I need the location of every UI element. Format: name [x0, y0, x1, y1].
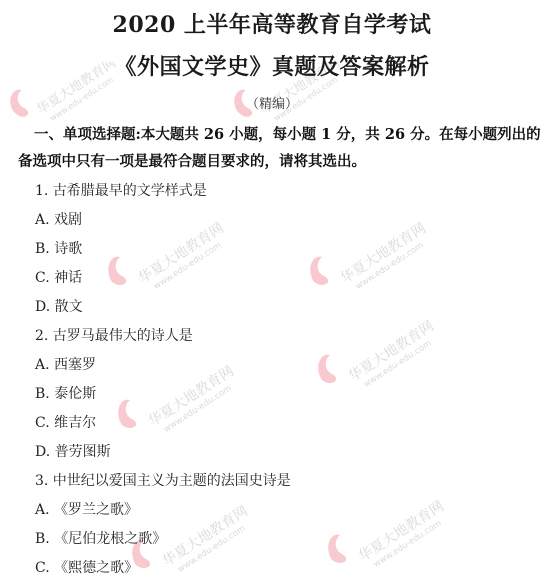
question-3-stem: 3. 中世纪以爱国主义为主题的法国史诗是: [35, 471, 291, 491]
question-3-option-b: B. 《尼伯龙根之歌》: [35, 529, 166, 549]
svg-text:华夏大地教育网: 华夏大地教育网: [337, 222, 428, 287]
section-heading-line-1: 一、单项选择题:本大题共 26 小题，每小题 1 分，共 26 分。在每小题列出…: [34, 121, 544, 149]
question-2-option-b: B. 泰伦斯: [35, 384, 96, 404]
watermark: 华夏大地教育网 www.edu-edu.com: [102, 222, 232, 292]
svg-text:www.edu-edu.com: www.edu-edu.com: [372, 519, 443, 570]
svg-text:www.edu-edu.com: www.edu-edu.com: [362, 339, 433, 390]
svg-text:华夏大地教育网: 华夏大地教育网: [159, 505, 250, 570]
svg-text:华夏大地教育网: 华夏大地教育网: [145, 365, 236, 430]
document-title-line-1: 2020 上半年高等教育自学考试: [0, 10, 544, 40]
watermark: 华夏大地教育网 www.edu-edu.com: [312, 320, 442, 390]
question-2-stem: 2. 古罗马最伟大的诗人是: [35, 326, 193, 346]
document-title-line-2: 《外国文学史》真题及答案解析: [0, 52, 544, 82]
svg-text:华夏大地教育网: 华夏大地教育网: [135, 222, 226, 287]
question-1-option-c: C. 神话: [35, 268, 82, 288]
document-subtitle: （精编）: [0, 93, 544, 112]
watermark: 华夏大地教育网 www.edu-edu.com: [304, 222, 434, 292]
watermark: 华夏大地教育网 www.edu-edu.com: [322, 500, 452, 570]
svg-text:www.edu-edu.com: www.edu-edu.com: [354, 241, 425, 292]
svg-text:www.edu-edu.com: www.edu-edu.com: [152, 241, 223, 292]
question-1-option-d: D. 散文: [35, 297, 83, 317]
question-1-option-a: A. 戏剧: [35, 210, 82, 230]
svg-text:www.edu-edu.com: www.edu-edu.com: [162, 384, 233, 435]
question-3-option-a: A. 《罗兰之歌》: [35, 500, 138, 520]
svg-text:华夏大地教育网: 华夏大地教育网: [345, 320, 436, 385]
question-2-option-d: D. 普劳图斯: [35, 442, 111, 462]
section-heading-line-2: 备选项中只有一项是最符合题目要求的，请将其选出。: [18, 148, 538, 176]
question-2-option-a: A. 西塞罗: [35, 355, 96, 375]
question-1-stem: 1. 古希腊最早的文学样式是: [35, 181, 207, 201]
question-3-option-c: C. 《熙德之歌》: [35, 558, 138, 576]
watermark: 华夏大地教育网 www.edu-edu.com: [112, 365, 242, 435]
svg-text:www.edu-edu.com: www.edu-edu.com: [176, 524, 247, 575]
question-2-option-c: C. 维吉尔: [35, 413, 96, 433]
svg-text:华夏大地教育网: 华夏大地教育网: [355, 500, 446, 565]
question-1-option-b: B. 诗歌: [35, 239, 82, 259]
document-page: 华夏大地教育网 www.edu-edu.com 华夏大地教育网 www.edu-…: [0, 0, 544, 576]
